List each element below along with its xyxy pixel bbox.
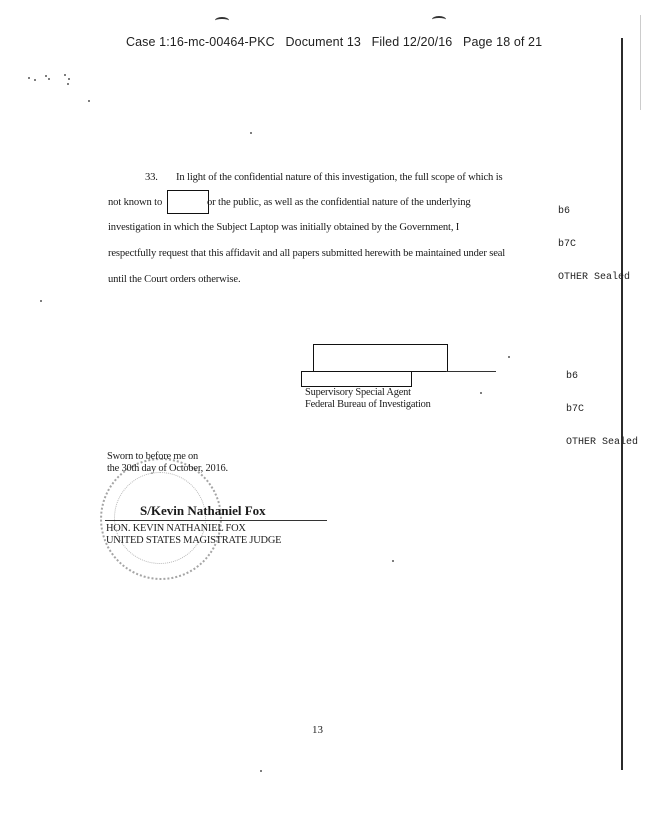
punch-hole-mark-right <box>432 16 446 23</box>
judge-title: UNITED STATES MAGISTRATE JUDGE <box>106 535 281 546</box>
paragraph-line-3: investigation in which the Subject Lapto… <box>108 222 459 233</box>
scan-speck <box>67 83 69 85</box>
exemption-codes-1: b6 b7C OTHER Sealed <box>558 184 630 294</box>
sworn-line-1: Sworn to before me on <box>107 451 198 462</box>
judge-name: HON. KEVIN NATHANIEL FOX <box>106 523 246 534</box>
paragraph-line-1: In light of the confidential nature of t… <box>176 172 502 183</box>
scan-speck <box>250 132 252 134</box>
judge-signature: S/Kevin Nathaniel Fox <box>140 503 266 519</box>
faint-margin-line <box>640 15 641 110</box>
punch-hole-mark-left <box>215 17 229 24</box>
scan-speck <box>88 100 90 102</box>
agent-title: Supervisory Special Agent <box>305 387 411 398</box>
scan-speck <box>68 78 70 80</box>
scan-speck <box>45 75 47 77</box>
scan-speck <box>48 78 50 80</box>
paragraph-line-2-end: or the public, as well as the confidenti… <box>207 197 471 208</box>
page-number: 13 <box>312 724 323 736</box>
exemption-code: b6 <box>566 371 638 382</box>
scan-speck <box>40 300 42 302</box>
scan-speck <box>34 79 36 81</box>
judge-signature-line <box>105 520 327 521</box>
exemption-code: OTHER Sealed <box>566 437 638 448</box>
exemption-codes-2: b6 b7C OTHER Sealed <box>566 349 638 459</box>
paragraph-number: 33. <box>145 172 158 183</box>
scan-speck <box>480 392 482 394</box>
agent-agency: Federal Bureau of Investigation <box>305 399 431 410</box>
scan-speck <box>260 770 262 772</box>
agent-name-redaction <box>313 344 448 372</box>
redaction-box <box>167 190 209 214</box>
scan-speck <box>28 77 30 79</box>
exemption-code: b6 <box>558 206 630 217</box>
exemption-code: b7C <box>566 404 638 415</box>
scan-speck <box>508 356 510 358</box>
paragraph-line-2-start: not known to <box>108 197 162 208</box>
paragraph-line-5: until the Court orders otherwise. <box>108 274 240 285</box>
scan-speck <box>392 560 394 562</box>
paragraph-line-4: respectfully request that this affidavit… <box>108 248 505 259</box>
sworn-line-2: the 30th day of October, 2016. <box>107 463 228 474</box>
exemption-code: b7C <box>558 239 630 250</box>
exemption-code: OTHER Sealed <box>558 272 630 283</box>
agent-signature-redaction <box>301 371 412 387</box>
scan-speck <box>64 74 66 76</box>
case-header: Case 1:16-mc-00464-PKC Document 13 Filed… <box>126 35 542 49</box>
signature-line <box>446 371 496 372</box>
